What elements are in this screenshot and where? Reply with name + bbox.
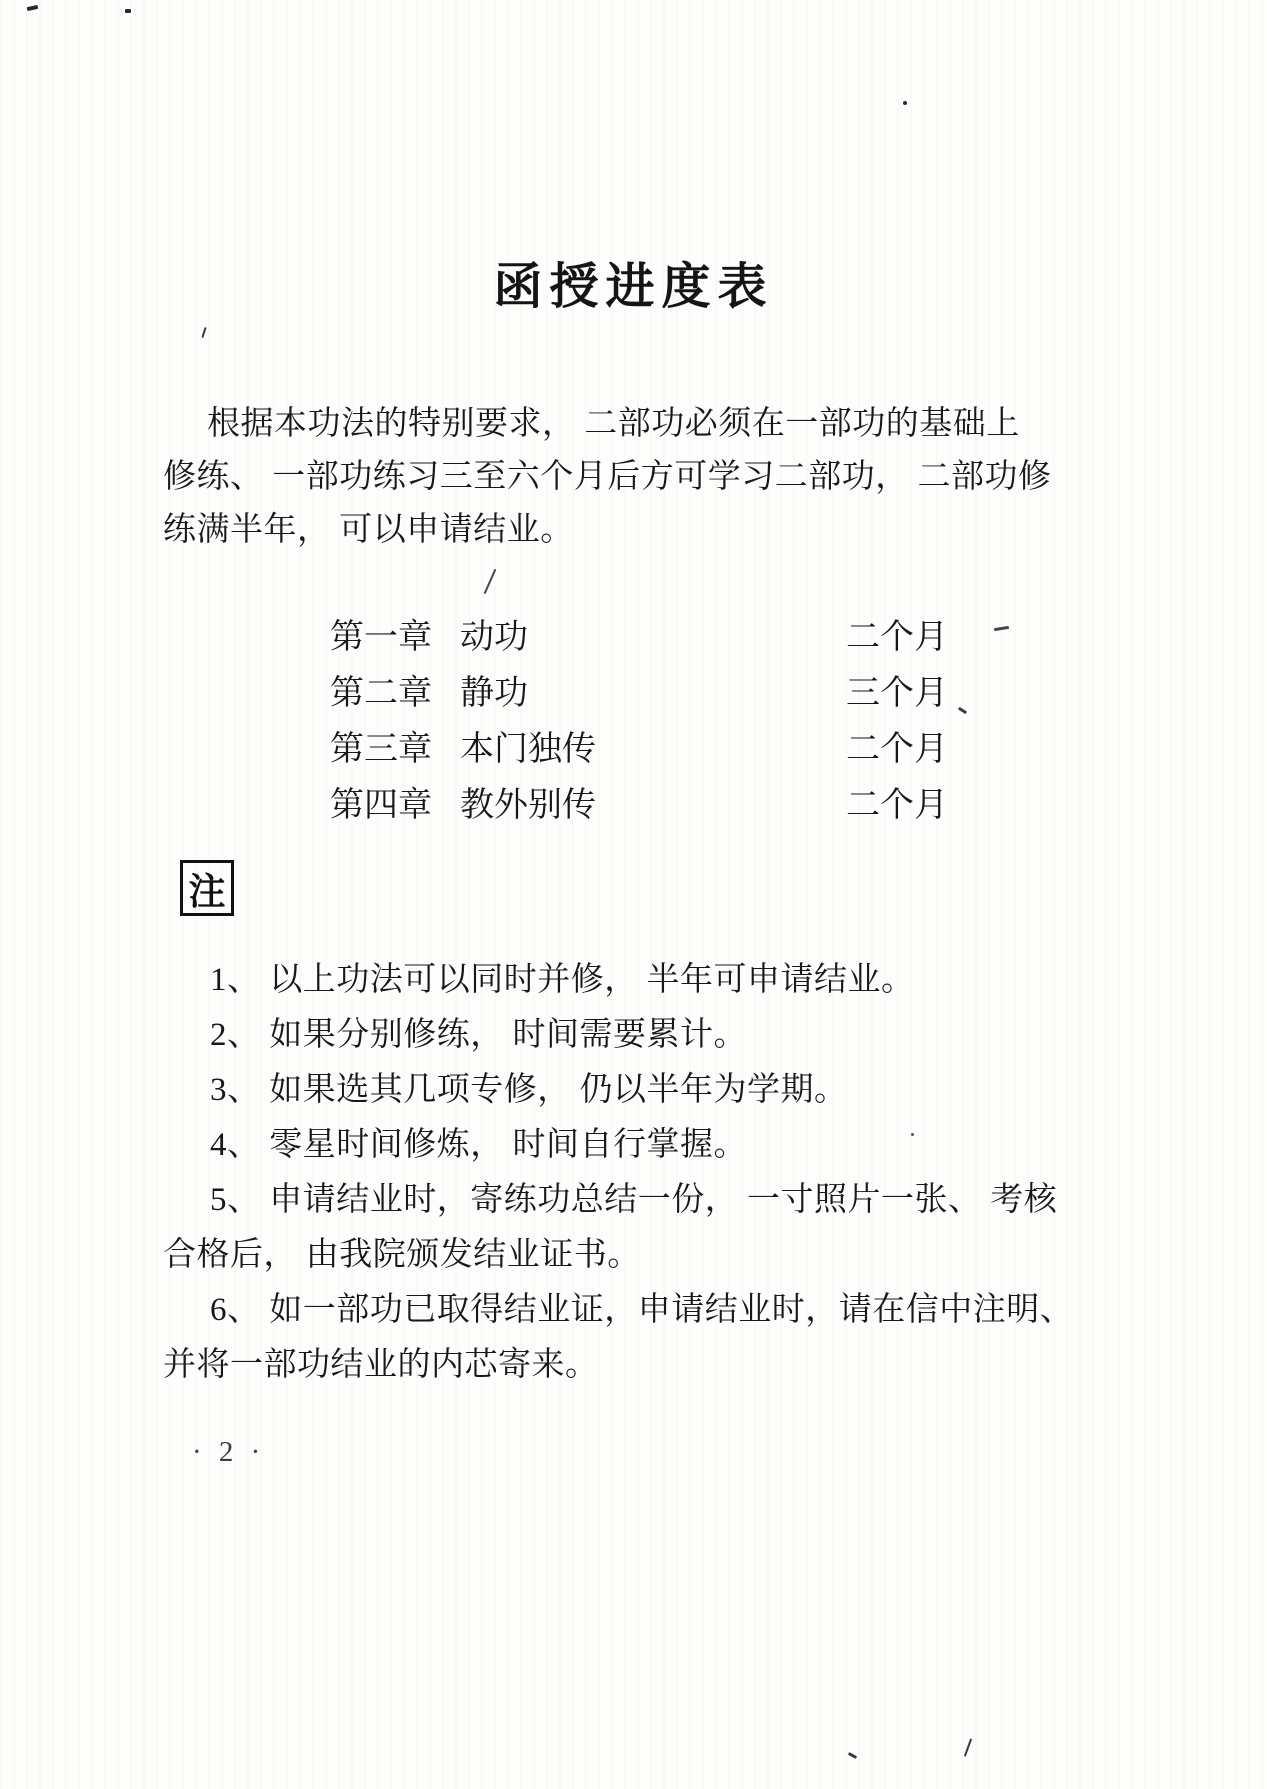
note-line: 1、 以上功法可以同时并修， 半年可申请结业。 — [163, 953, 1043, 1008]
note-marker-box: 注 — [180, 860, 234, 916]
intro-paragraph: 根据本功法的特别要求， 二部功必须在一部功的基础上 修练、 一部功练习三至六个月… — [163, 398, 1005, 557]
schedule-row: 第二章静功 三个月 — [330, 666, 990, 722]
chapter-label: 第三章 — [330, 731, 432, 768]
chapter-duration: 二个月 — [846, 722, 948, 778]
scan-speck — [994, 626, 1009, 631]
scan-speck — [27, 5, 39, 11]
chapter-name: 动功 — [460, 619, 528, 656]
note-line: 4、 零星时间修炼， 时间自行掌握。 — [163, 1118, 1043, 1173]
scan-speck — [964, 1738, 972, 1757]
note-marker-label: 注 — [189, 861, 226, 915]
chapter-duration: 二个月 — [846, 610, 948, 666]
chapter-label: 第一章 — [330, 619, 432, 656]
note-line: 3、 如果选其几项专修， 仍以半年为学期。 — [163, 1063, 1043, 1118]
schedule-row: 第四章教外别传 二个月 — [330, 778, 990, 834]
scan-speck — [848, 1752, 857, 1759]
page-title: 函授进度表 — [0, 248, 1267, 318]
note-line: 2、 如果分别修练， 时间需要累计。 — [163, 1008, 1043, 1063]
chapter-name: 本门独传 — [460, 731, 596, 768]
scan-speck — [201, 327, 206, 338]
intro-line: 练满半年， 可以申请结业。 — [163, 504, 1005, 557]
chapter-schedule: 第一章动功 二个月 第二章静功 三个月 第三章本门独传 二个月 第四章教外别传 … — [330, 610, 990, 834]
chapter-label: 第四章 — [330, 787, 432, 824]
chapter-name: 教外别传 — [460, 787, 596, 824]
scan-speck — [903, 101, 907, 105]
scan-speck — [125, 9, 131, 13]
chapter-name: 静功 — [460, 675, 528, 712]
schedule-row: 第一章动功 二个月 — [330, 610, 990, 666]
scan-speck — [911, 1133, 914, 1136]
chapter-duration: 三个月 — [846, 666, 948, 722]
intro-line: 修练、 一部功练习三至六个月后方可学习二部功， 二部功修 — [163, 451, 1005, 504]
page-number: · 2 · — [192, 1436, 265, 1469]
intro-line: 根据本功法的特别要求， 二部功必须在一部功的基础上 — [163, 398, 1005, 451]
chapter-label: 第二章 — [330, 675, 432, 712]
note-line: 5、 申请结业时，寄练功总结一份， 一寸照片一张、 考核 — [163, 1173, 1043, 1228]
scanned-document-page: 函授进度表 根据本功法的特别要求， 二部功必须在一部功的基础上 修练、 一部功练… — [0, 0, 1267, 1789]
note-line: 6、 如一部功已取得结业证，申请结业时，请在信中注明、 — [163, 1283, 1043, 1338]
schedule-row: 第三章本门独传 二个月 — [330, 722, 990, 778]
note-line: 合格后， 由我院颁发结业证书。 — [163, 1228, 1043, 1283]
chapter-duration: 二个月 — [846, 778, 948, 834]
notes-list: 1、 以上功法可以同时并修， 半年可申请结业。 2、 如果分别修练， 时间需要累… — [163, 953, 1043, 1393]
note-line: 并将一部功结业的内芯寄来。 — [163, 1338, 1043, 1393]
scan-speck — [484, 569, 497, 594]
